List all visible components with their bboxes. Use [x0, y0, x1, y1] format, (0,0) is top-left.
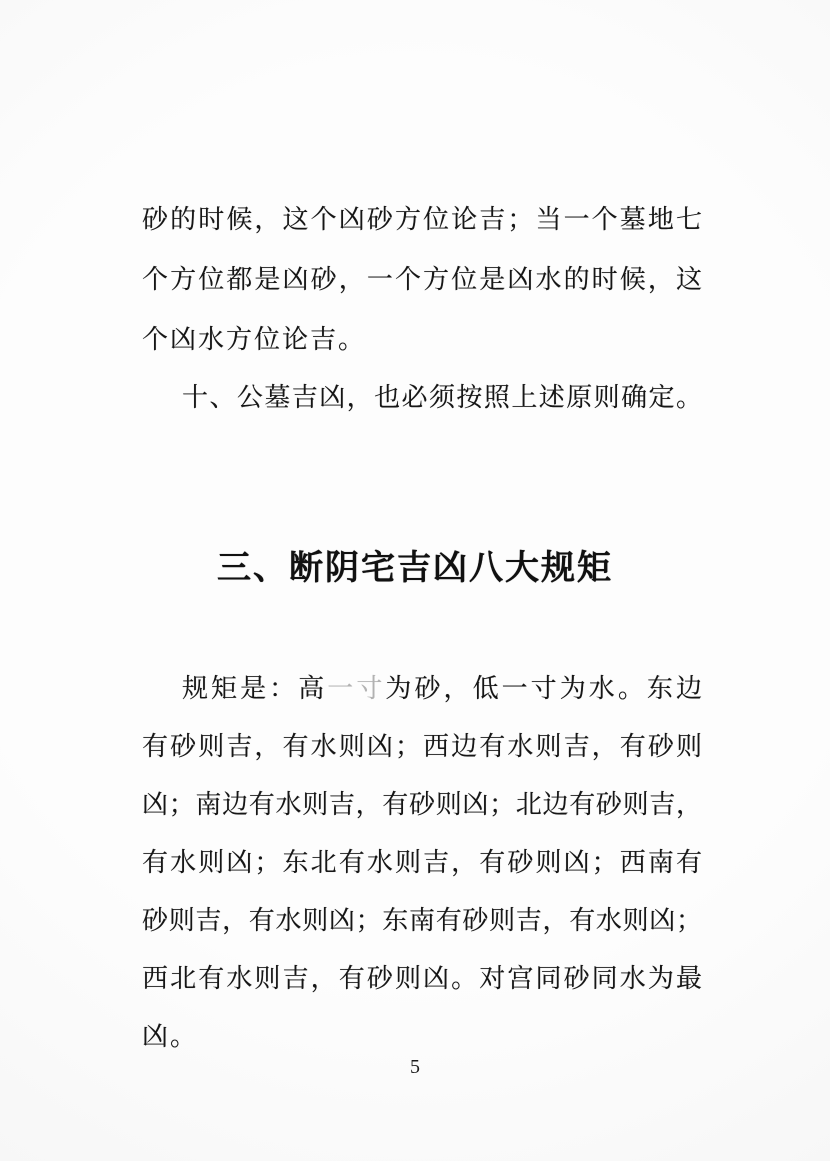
text-line: 凶；南边有水则吉，有砂则凶；北边有砂则吉，: [142, 776, 702, 834]
text-line: 西北有水则吉，有砂则凶。对宫同砂同水为最: [142, 950, 702, 1008]
scanned-book-page: 砂的时候，这个凶砂方位论吉；当一个墓地七 个方位都是凶砂，一个方位是凶水的时候，…: [0, 0, 830, 1161]
text-line: 十、公墓吉凶，也必须按照上述原则确定。: [142, 368, 702, 428]
body-paragraph-1: 砂的时候，这个凶砂方位论吉；当一个墓地七 个方位都是凶砂，一个方位是凶水的时候，…: [142, 190, 702, 370]
faded-text-segment: 一寸: [327, 674, 385, 703]
text-line: 砂则吉，有水则凶；东南有砂则吉，有水则凶；: [142, 892, 702, 950]
text-line: 有砂则吉，有水则凶；西边有水则吉，有砂则: [142, 718, 702, 776]
text-line: 砂的时候，这个凶砂方位论吉；当一个墓地七: [142, 190, 702, 250]
text-line: 有水则凶；东北有水则吉，有砂则凶；西南有: [142, 834, 702, 892]
text-segment: 规矩是：高: [182, 674, 327, 703]
body-paragraph-3: 规矩是：高一寸为砂，低一寸为水。东边 有砂则吉，有水则凶；西边有水则吉，有砂则 …: [142, 660, 702, 1066]
section-heading: 三、断阴宅吉凶八大规矩: [217, 549, 613, 587]
text-line: 个方位都是凶砂，一个方位是凶水的时候，这: [142, 250, 702, 310]
section-heading-block: 三、断阴宅吉凶八大规矩: [0, 540, 830, 589]
text-line: 规矩是：高一寸为砂，低一寸为水。东边: [142, 660, 702, 718]
page-number: 5: [0, 1056, 830, 1079]
text-segment: 为砂，低一寸为水。东边: [385, 674, 702, 703]
text-line: 个凶水方位论吉。: [142, 310, 702, 370]
body-paragraph-2: 十、公墓吉凶，也必须按照上述原则确定。: [142, 368, 702, 428]
